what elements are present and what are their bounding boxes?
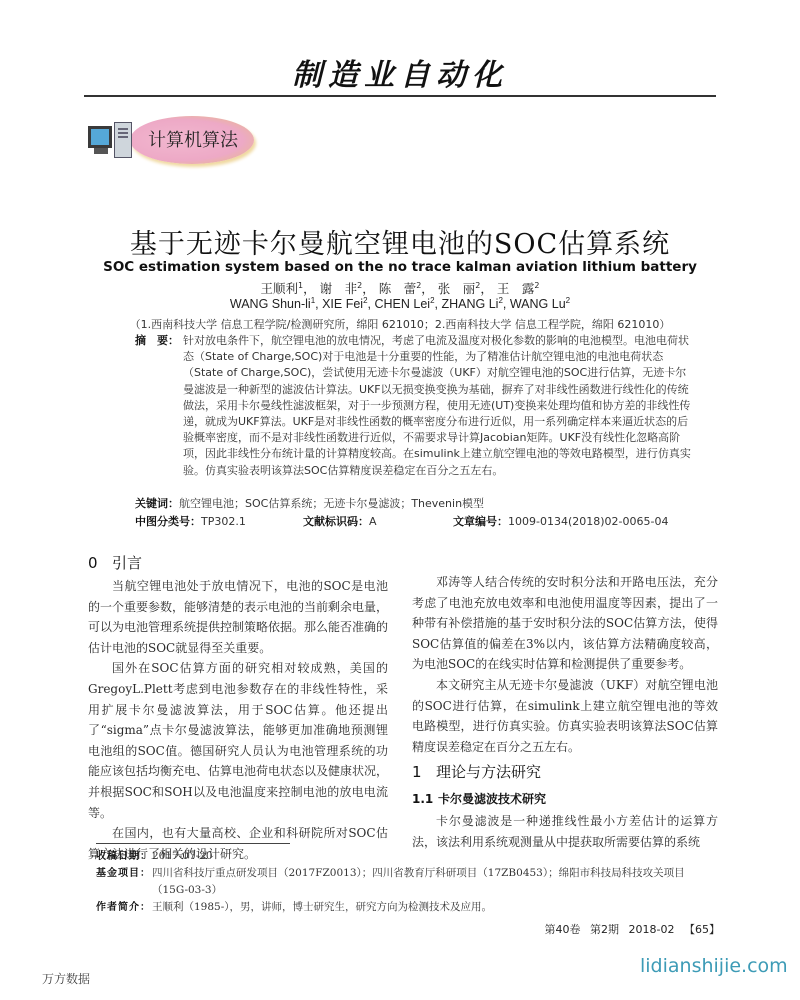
column-badge-label: 计算机算法 — [148, 126, 238, 152]
author-name: 王顺利 — [261, 281, 299, 296]
author-name-en: WANG Lu — [510, 297, 566, 311]
affiliations: （1.西南科技大学 信息工程学院/检测研究所，绵阳 621010；2.西南科技大… — [0, 316, 800, 332]
column-badge: 计算机算法 — [86, 112, 256, 168]
computer-tower-icon — [114, 122, 132, 158]
section-heading-1: 1理论与方法研究 — [412, 761, 718, 783]
author-name: 谢 非 — [320, 281, 358, 296]
author-name-en: CHEN Lei — [375, 297, 431, 311]
author-bio: 作者简介：王顺利（1985-），男，讲师，博士研究生，研究方向为检测技术及应用。 — [96, 899, 716, 916]
paragraph: 卡尔曼滤波是一种递推线性最小方差估计的运算方法，该法利用系统观测量从中提获取所需… — [412, 811, 718, 852]
subsection-heading-1-1: 1.1卡尔曼滤波技术研究 — [412, 789, 718, 809]
keywords: 关键词：航空锂电池；SOC估算系统；无迹卡尔曼滤波；Thevenin模型 — [135, 495, 484, 511]
author-name-en: XIE Fei — [322, 297, 363, 311]
body-left-column: 0引言 当航空锂电池处于放电情况下，电池的SOC是电池的一个重要参数，能够清楚的… — [88, 552, 388, 864]
issue: 第2期 — [590, 923, 619, 936]
author-name: 张 丽 — [438, 281, 476, 296]
author-name-en: ZHANG Li — [441, 297, 498, 311]
footnotes: 收稿日期：2017-07-20 基金项目：四川省科技厅重点研发项目（2017FZ… — [96, 848, 716, 916]
author-name-en: WANG Shun-li — [230, 297, 311, 311]
paragraph: 邓涛等人结合传统的安时积分法和开路电压法，充分考虑了电池充放电效率和电池使用温度… — [412, 572, 718, 675]
keywords-text: 航空锂电池；SOC估算系统；无迹卡尔曼滤波；Thevenin模型 — [179, 497, 484, 510]
volume: 第40卷 — [545, 923, 581, 936]
paragraph: 当航空锂电池处于放电情况下，电池的SOC是电池的一个重要参数，能够清楚的表示电池… — [88, 576, 388, 658]
monitor-stand-icon — [94, 148, 108, 154]
fund-projects: 基金项目：四川省科技厅重点研发项目（2017FZ0013）；四川省教育厅科研项目… — [96, 865, 716, 899]
article-title-cn: 基于无迹卡尔曼航空锂电池的SOC估算系统 — [0, 222, 800, 261]
computer-monitor-icon — [88, 126, 112, 148]
footnote-rule — [96, 843, 290, 844]
keywords-label: 关键词： — [135, 497, 179, 510]
author-name: 王 露 — [497, 281, 535, 296]
article-number: 文章编号：1009-0134(2018)02-0065-04 — [453, 513, 668, 529]
abstract: 摘 要： 针对放电条件下，航空锂电池的放电情况，考虑了电流及温度对极化参数的影响… — [135, 333, 695, 479]
body-right-column: 邓涛等人结合传统的安时积分法和开路电压法，充分考虑了电池充放电效率和电池使用温度… — [412, 572, 718, 853]
page-number: 【65】 — [684, 923, 720, 936]
document-code: 文献标识码：A — [303, 513, 377, 529]
authors-cn: 王顺利1， 谢 非2， 陈 蕾2， 张 丽2， 王 露2 — [0, 279, 800, 297]
source-label: 万方数据 — [42, 970, 90, 987]
authors-en: WANG Shun-li1, XIE Fei2, CHEN Lei2, ZHAN… — [0, 297, 800, 311]
header-rule — [84, 95, 716, 97]
paragraph: 国外在SOC估算方面的研究相对较成熟，美国的GregoyL.Plett考虑到电池… — [88, 658, 388, 823]
watermark: lidianshijie.com — [640, 955, 788, 977]
issue-date: 2018-02 — [629, 923, 675, 936]
abstract-text: 针对放电条件下，航空锂电池的放电情况，考虑了电流及温度对极化参数的影响的电池模型… — [183, 333, 695, 479]
article-title-en: SOC estimation system based on the no tr… — [0, 259, 800, 275]
author-name: 陈 蕾 — [379, 281, 417, 296]
received-date: 收稿日期：2017-07-20 — [96, 848, 716, 865]
clc-number: 中图分类号：TP302.1 — [135, 513, 246, 529]
paragraph: 本文研究主从无迹卡尔曼滤波（UKF）对航空锂电池的SOC进行估算，在simuli… — [412, 675, 718, 757]
page-info: 第40卷 第2期 2018-02 【65】 — [520, 921, 720, 937]
section-heading-0: 0引言 — [88, 552, 388, 574]
journal-title: 制造业自动化 — [0, 50, 800, 94]
